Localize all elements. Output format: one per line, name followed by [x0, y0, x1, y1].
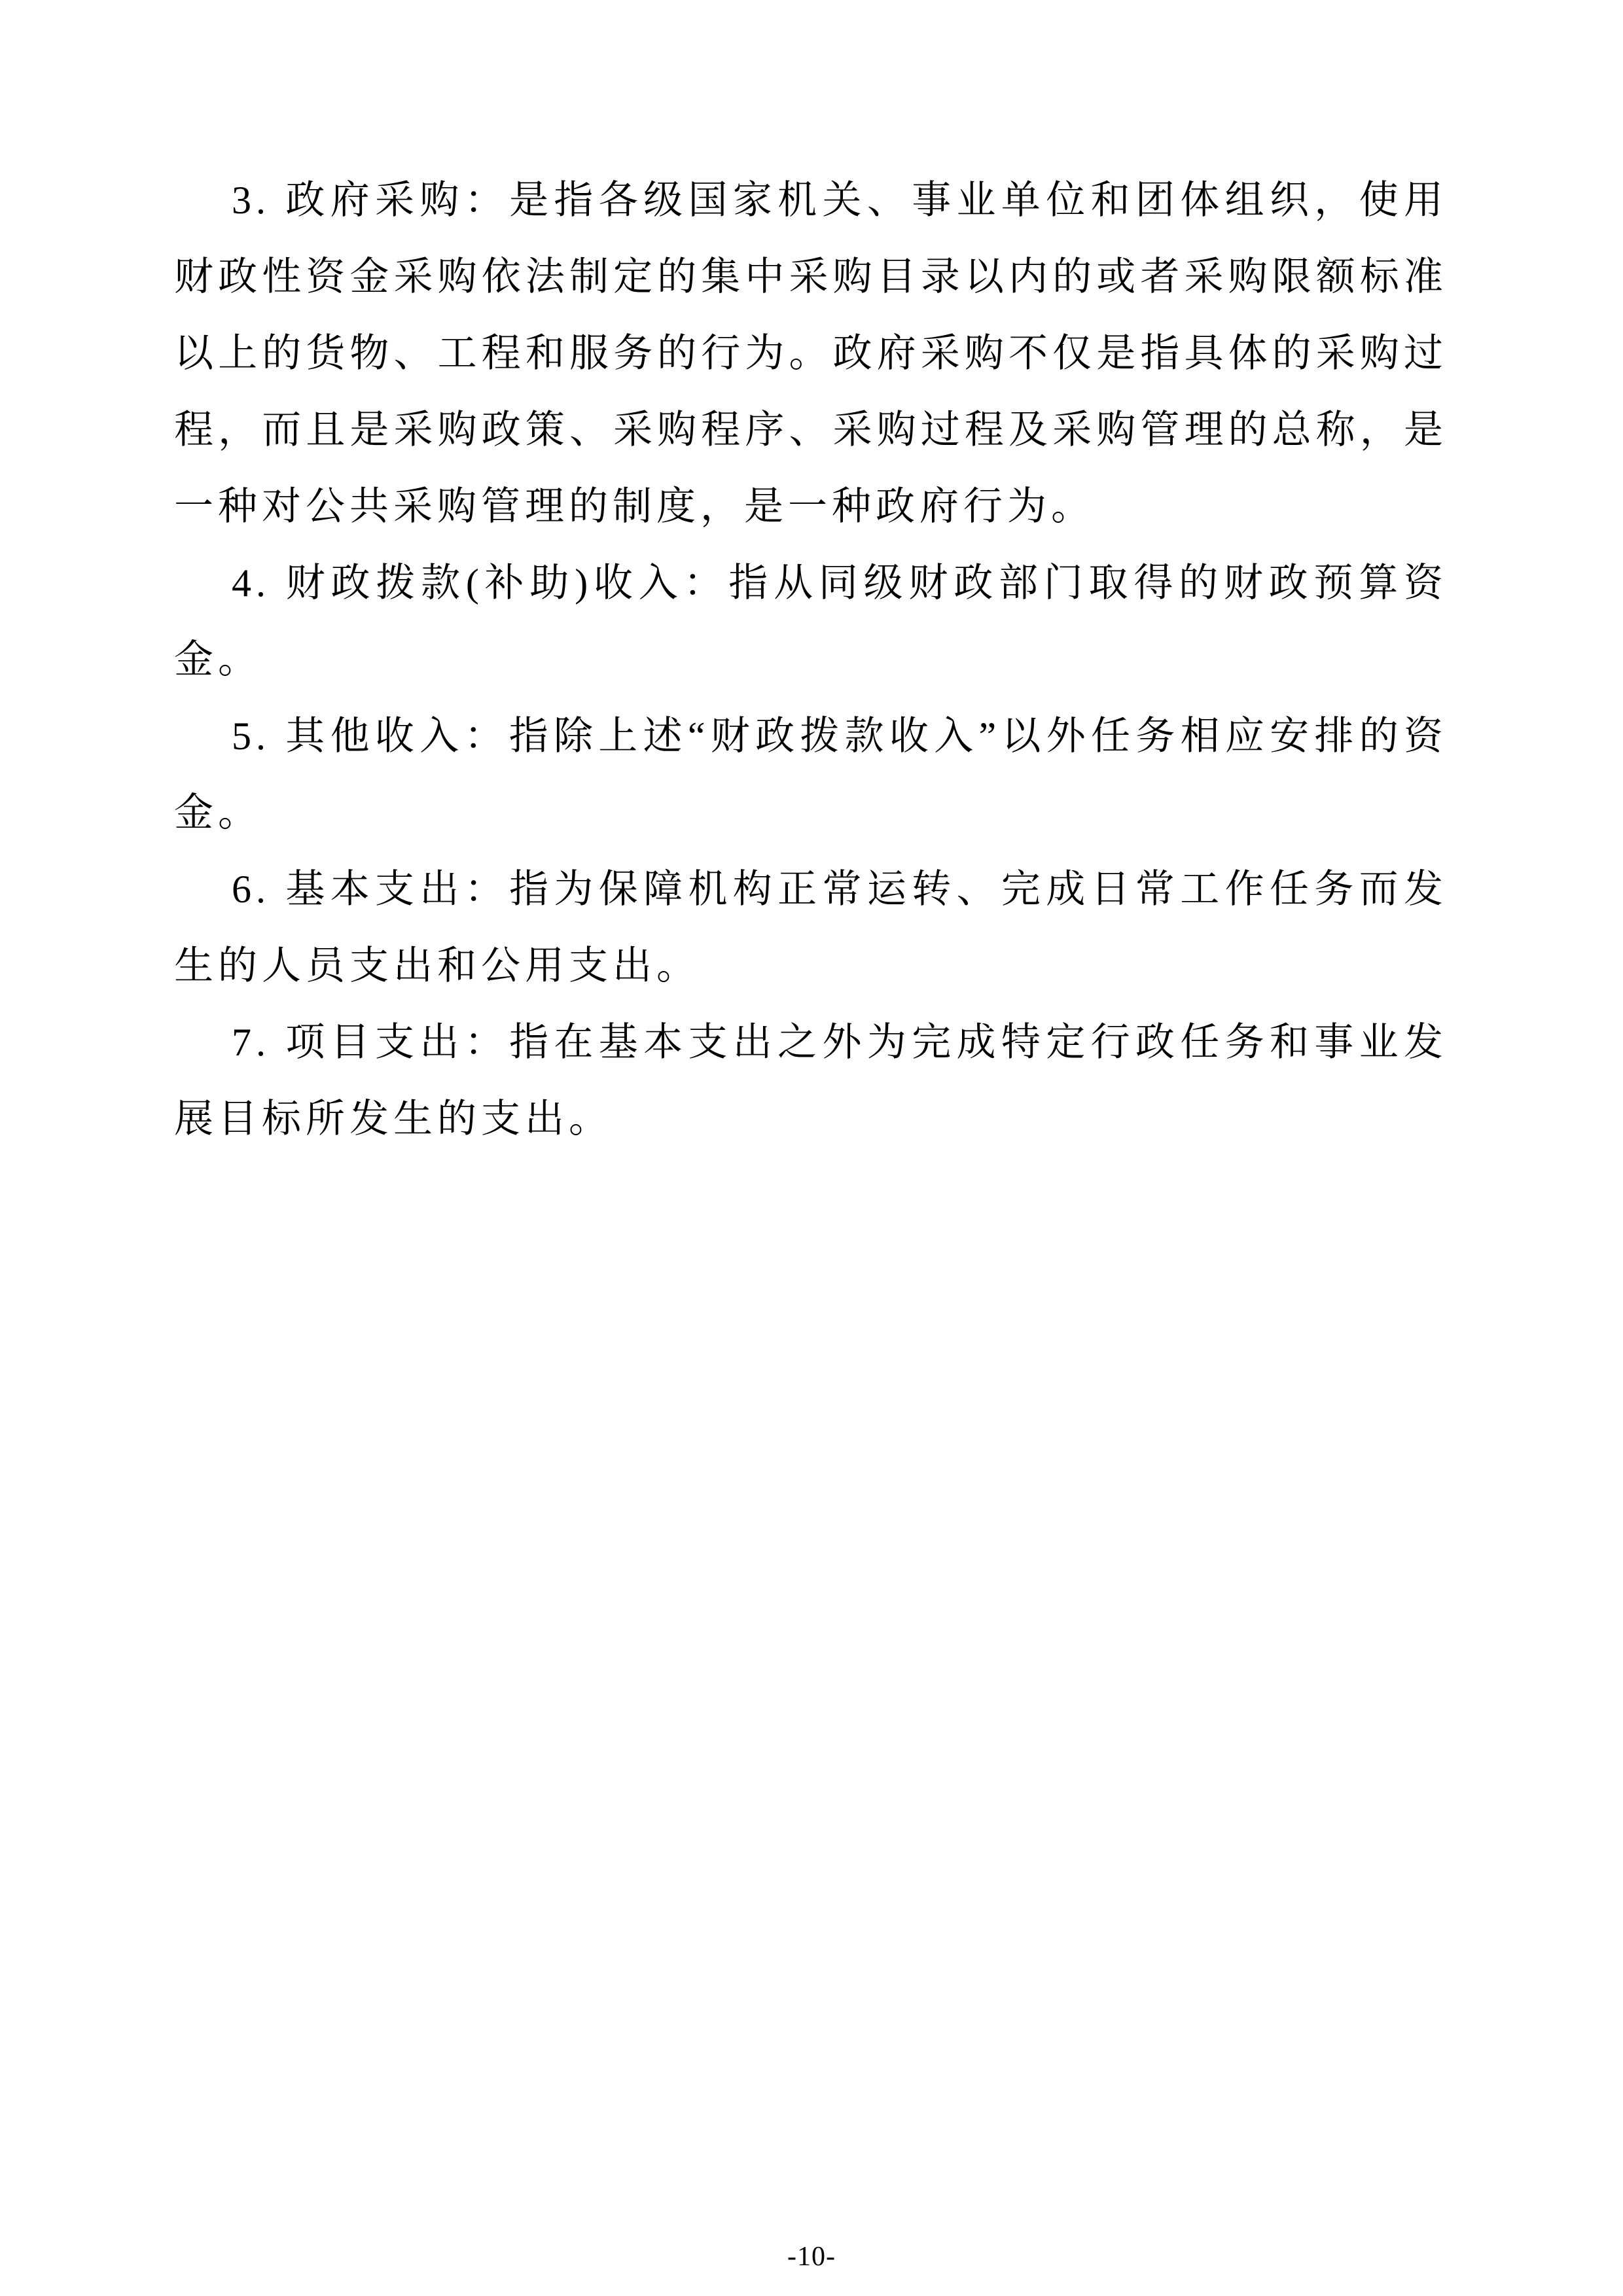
page-number: -10- — [787, 2242, 836, 2272]
paragraph-definition-other-income: 5. 其他收入：指除上述“财政拨款收入”以外任务相应安排的资金。 — [174, 698, 1448, 851]
paragraph-definition-project-expenditure: 7. 项目支出：指在基本支出之外为完成特定行政任务和事业发展目标所发生的支出。 — [174, 1004, 1448, 1157]
paragraph-definition-fiscal-appropriation-income: 4. 财政拨款(补助)收入：指从同级财政部门取得的财政预算资金。 — [174, 545, 1448, 698]
document-body: 3. 政府采购：是指各级国家机关、事业单位和团体组织，使用财政性资金采购依法制定… — [174, 162, 1448, 1157]
paragraph-definition-basic-expenditure: 6. 基本支出：指为保障机构正常运转、完成日常工作任务而发生的人员支出和公用支出… — [174, 851, 1448, 1004]
paragraph-definition-government-procurement: 3. 政府采购：是指各级国家机关、事业单位和团体组织，使用财政性资金采购依法制定… — [174, 162, 1448, 545]
document-page: 3. 政府采购：是指各级国家机关、事业单位和团体组织，使用财政性资金采购依法制定… — [0, 0, 1623, 2296]
page-footer: -10- — [0, 2241, 1623, 2272]
